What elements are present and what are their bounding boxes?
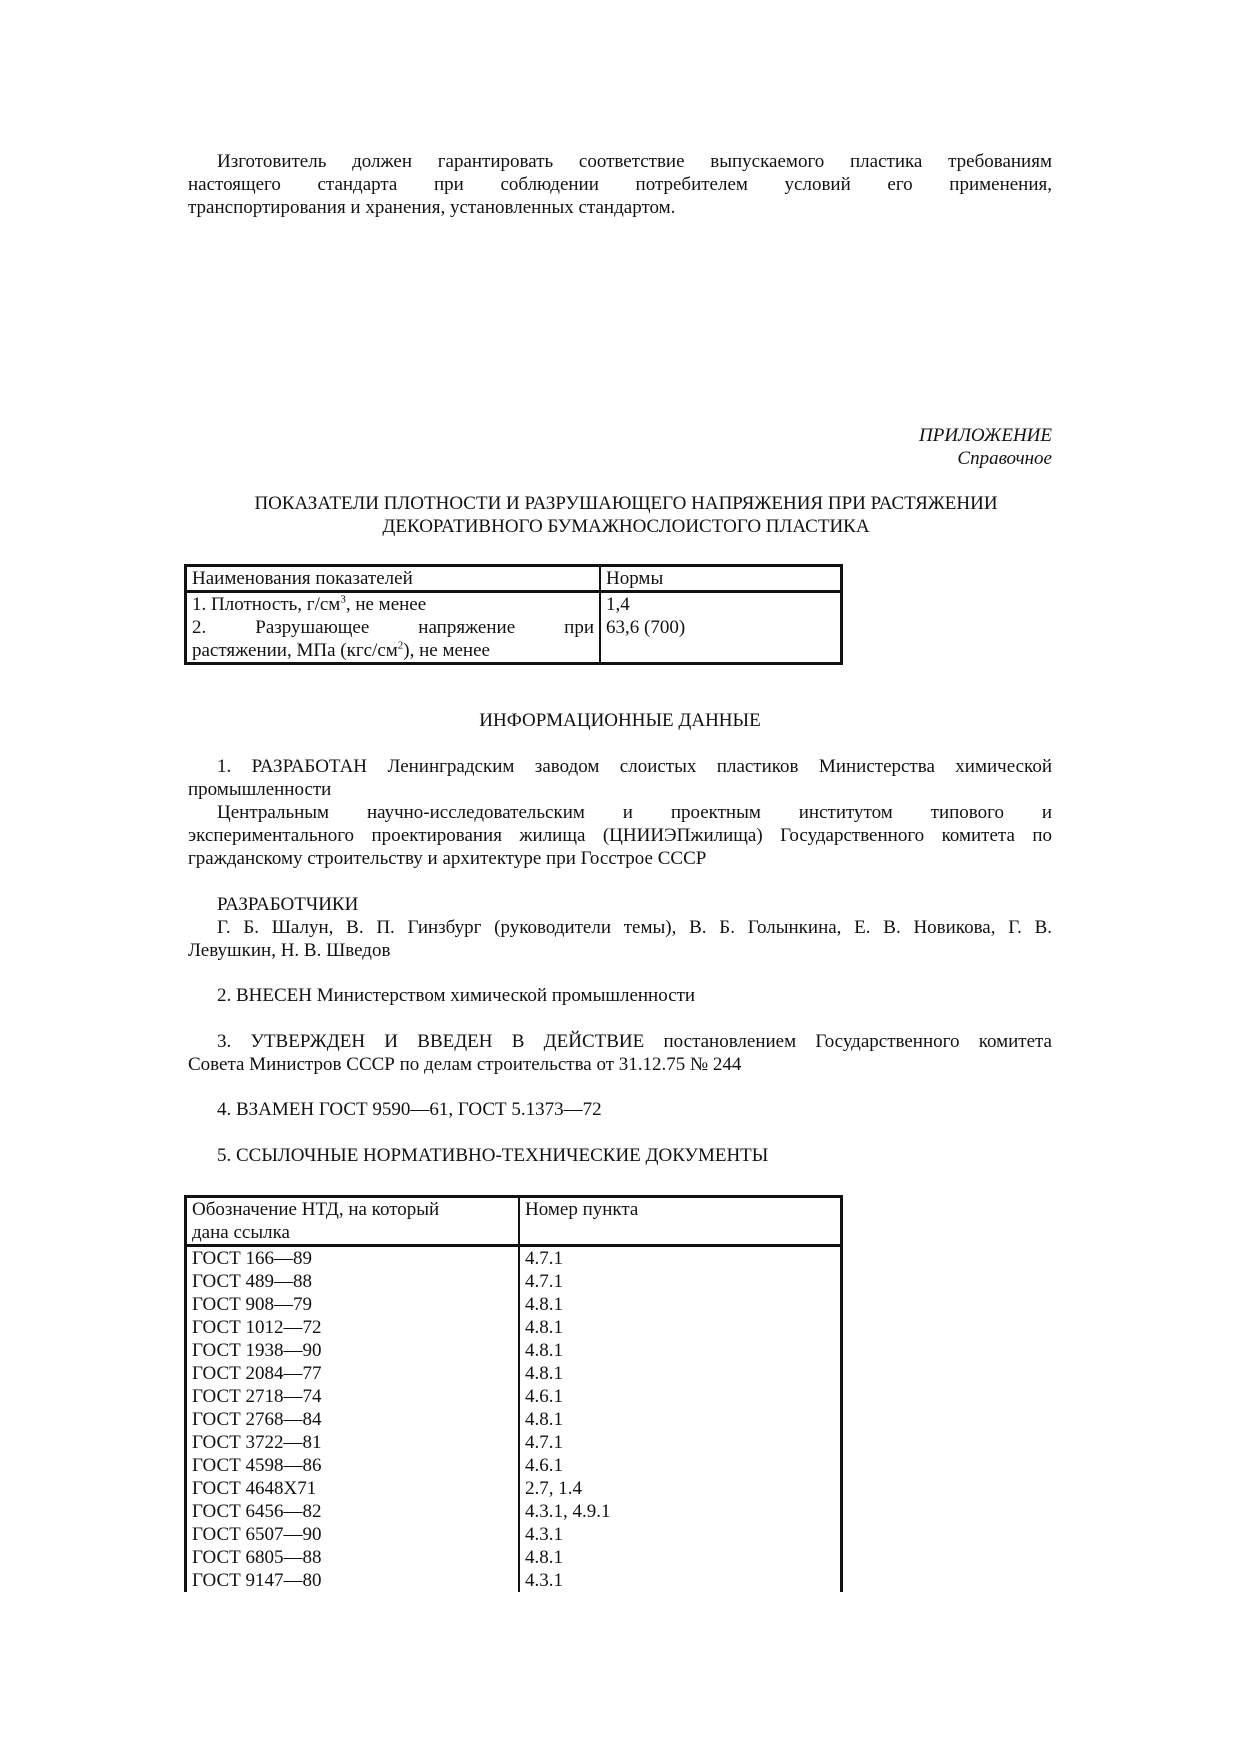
doc-cell: ГОСТ 166—89: [186, 1246, 520, 1271]
doc-cell: ГОСТ 2084—77: [186, 1362, 520, 1385]
clause-cell: 4.8.1: [519, 1339, 842, 1362]
doc-cell: ГОСТ 9147—80: [186, 1569, 520, 1592]
clause-cell: 4.8.1: [519, 1408, 842, 1431]
doc-cell: ГОСТ 1012—72: [186, 1316, 520, 1339]
table-row: ГОСТ 2718—744.6.1: [186, 1385, 842, 1408]
clause-cell: 4.3.1: [519, 1569, 842, 1592]
header-cell-clause: Номер пункта: [519, 1197, 842, 1246]
table-row: ГОСТ 2084—774.8.1: [186, 1362, 842, 1385]
clause-cell: 4.6.1: [519, 1454, 842, 1477]
header-cell: Наименования показателей: [186, 566, 601, 592]
intro-line: транспортирования и хранения, установлен…: [188, 196, 1052, 219]
clause-cell: 4.6.1: [519, 1385, 842, 1408]
doc-cell: ГОСТ 489—88: [186, 1270, 520, 1293]
doc-cell: ГОСТ 6805—88: [186, 1546, 520, 1569]
info-item-3: 3. УТВЕРЖДЕН И ВВЕДЕН В ДЕЙСТВИЕ постано…: [188, 1030, 1052, 1076]
doc-cell: ГОСТ 3722—81: [186, 1431, 520, 1454]
property-strength-line1: 2. Разрушающее напряжение при: [192, 616, 594, 639]
text-line: 1. РАЗРАБОТАН Ленинградским заводом слои…: [188, 755, 1052, 778]
appendix-header: ПРИЛОЖЕНИЕ Справочное: [188, 424, 1052, 470]
table-row: ГОСТ 6507—904.3.1: [186, 1523, 842, 1546]
property-names-cell: 1. Плотность, г/см3, не менее 2. Разруша…: [186, 592, 601, 664]
intro-paragraph: Изготовитель должен гарантировать соотве…: [188, 150, 1052, 219]
value-strength: 63,6 (700): [606, 616, 835, 639]
table-row: ГОСТ 4648X712.7, 1.4: [186, 1477, 842, 1500]
appendix-title-line: ДЕКОРАТИВНОГО БУМАЖНОСЛОИСТОГО ПЛАСТИКА: [200, 515, 1052, 538]
intro-line: Изготовитель должен гарантировать соотве…: [188, 150, 1052, 173]
appendix-label: ПРИЛОЖЕНИЕ: [188, 424, 1052, 447]
text-line: промышленности: [188, 778, 1052, 801]
value-density: 1,4: [606, 593, 835, 616]
appendix-type: Справочное: [188, 447, 1052, 470]
clause-cell: 4.8.1: [519, 1293, 842, 1316]
developers: РАЗРАБОТЧИКИ Г. Б. Шалун, В. П. Гинзбург…: [188, 893, 1052, 962]
clause-cell: 4.7.1: [519, 1270, 842, 1293]
table-row: ГОСТ 1938—904.8.1: [186, 1339, 842, 1362]
info-item-2: 2. ВНЕСЕН Министерством химической промы…: [188, 984, 1052, 1007]
properties-table: Наименования показателей Нормы 1. Плотно…: [184, 564, 843, 665]
property-density: 1. Плотность, г/см3, не менее: [192, 593, 594, 616]
table-row: ГОСТ 9147—804.3.1: [186, 1569, 842, 1592]
clause-cell: 4.7.1: [519, 1431, 842, 1454]
doc-cell: ГОСТ 6456—82: [186, 1500, 520, 1523]
appendix-title: ПОКАЗАТЕЛИ ПЛОТНОСТИ И РАЗРУШАЮЩЕГО НАПР…: [200, 492, 1052, 538]
text-line: гражданскому строительству и архитектуре…: [188, 847, 1052, 870]
doc-cell: ГОСТ 6507—90: [186, 1523, 520, 1546]
header-cell-doc: Обозначение НТД, на который дана ссылка: [186, 1197, 520, 1246]
doc-cell: ГОСТ 2768—84: [186, 1408, 520, 1431]
clause-cell: 4.8.1: [519, 1546, 842, 1569]
text-line: экспериментального проектирования жилища…: [188, 824, 1052, 847]
clause-cell: 4.3.1: [519, 1523, 842, 1546]
text-line: Совета Министров СССР по делам строитель…: [188, 1053, 1052, 1076]
table-row: ГОСТ 6456—824.3.1, 4.9.1: [186, 1500, 842, 1523]
doc-cell: ГОСТ 2718—74: [186, 1385, 520, 1408]
table-row: ГОСТ 1012—724.8.1: [186, 1316, 842, 1339]
table-row: ГОСТ 908—794.8.1: [186, 1293, 842, 1316]
appendix-title-line: ПОКАЗАТЕЛИ ПЛОТНОСТИ И РАЗРУШАЮЩЕГО НАПР…: [200, 492, 1052, 515]
doc-cell: ГОСТ 1938—90: [186, 1339, 520, 1362]
text-line: 3. УТВЕРЖДЕН И ВВЕДЕН В ДЕЙСТВИЕ постано…: [188, 1030, 1052, 1053]
developers-names: Г. Б. Шалун, В. П. Гинзбург (руководител…: [188, 916, 1052, 939]
info-item-4: 4. ВЗАМЕН ГОСТ 9590—61, ГОСТ 5.1373—72: [188, 1098, 1052, 1121]
clause-cell: 4.8.1: [519, 1362, 842, 1385]
developers-names: Левушкин, Н. В. Шведов: [188, 939, 1052, 962]
info-item-5: 5. ССЫЛОЧНЫЕ НОРМАТИВНО-ТЕХНИЧЕСКИЕ ДОКУ…: [188, 1144, 1052, 1167]
doc-cell: ГОСТ 908—79: [186, 1293, 520, 1316]
header-cell: Нормы: [600, 566, 842, 592]
table-header-row: Наименования показателей Нормы: [186, 566, 842, 592]
table-row: ГОСТ 3722—814.7.1: [186, 1431, 842, 1454]
table-row: ГОСТ 2768—844.8.1: [186, 1408, 842, 1431]
info-title: ИНФОРМАЦИОННЫЕ ДАННЫЕ: [188, 709, 1052, 732]
property-strength-line2: растяжении, МПа (кгс/см2), не менее: [192, 639, 594, 662]
table-header-row: Обозначение НТД, на который дана ссылка …: [186, 1197, 842, 1246]
doc-cell: ГОСТ 4648X71: [186, 1477, 520, 1500]
table-row: 1. Плотность, г/см3, не менее 2. Разруша…: [186, 592, 842, 664]
text-line: Центральным научно-исследовательским и п…: [188, 801, 1052, 824]
table-row: ГОСТ 6805—884.8.1: [186, 1546, 842, 1569]
intro-line: настоящего стандарта при соблюдении потр…: [188, 173, 1052, 196]
references-table: Обозначение НТД, на который дана ссылка …: [184, 1195, 843, 1592]
table-row: ГОСТ 4598—864.6.1: [186, 1454, 842, 1477]
doc-cell: ГОСТ 4598—86: [186, 1454, 520, 1477]
clause-cell: 2.7, 1.4: [519, 1477, 842, 1500]
property-values-cell: 1,4 63,6 (700): [600, 592, 842, 664]
table-row: ГОСТ 166—894.7.1: [186, 1246, 842, 1271]
clause-cell: 4.3.1, 4.9.1: [519, 1500, 842, 1523]
table-row: ГОСТ 489—884.7.1: [186, 1270, 842, 1293]
clause-cell: 4.7.1: [519, 1246, 842, 1271]
developers-label: РАЗРАБОТЧИКИ: [188, 893, 1052, 916]
info-item-1: 1. РАЗРАБОТАН Ленинградским заводом слои…: [188, 755, 1052, 870]
clause-cell: 4.8.1: [519, 1316, 842, 1339]
